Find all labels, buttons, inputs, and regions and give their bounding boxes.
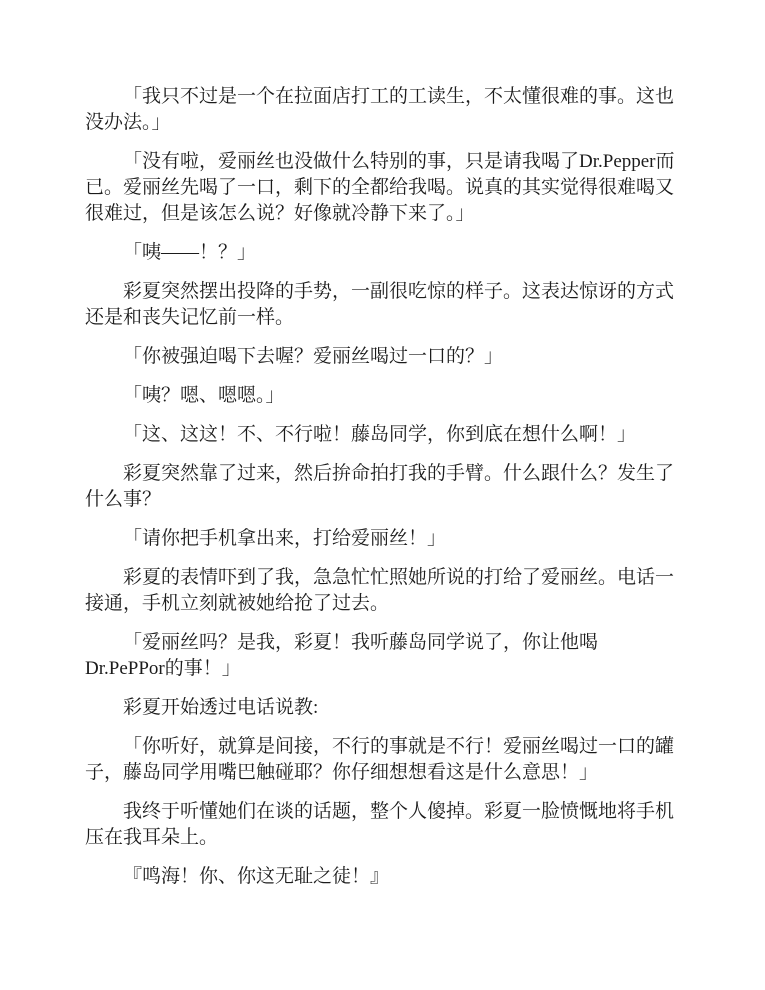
paragraph: 彩夏的表情吓到了我，急急忙忙照她所说的打给了爱丽丝。电话一接通，手机立刻就被她给…: [85, 565, 676, 617]
paragraph: 「咦——！？」: [85, 240, 676, 266]
paragraph: 「你被强迫喝下去喔？爱丽丝喝过一口的？」: [85, 344, 676, 370]
paragraph: 「这、这这！不、不行啦！藤岛同学，你到底在想什么啊！」: [85, 422, 676, 448]
paragraph: 「请你把手机拿出来，打给爱丽丝！」: [85, 526, 676, 552]
paragraph: 「我只不过是一个在拉面店打工的工读生，不太懂很难的事。这也没办法。」: [85, 84, 676, 136]
paragraph: 彩夏突然靠了过来，然后拚命拍打我的手臂。什么跟什么？发生了什么事？: [85, 461, 676, 513]
page-body: 「我只不过是一个在拉面店打工的工读生，不太懂很难的事。这也没办法。」「没有啦，爱…: [85, 84, 676, 890]
paragraph: 彩夏开始透过电话说教:: [85, 695, 676, 721]
paragraph: 「没有啦，爱丽丝也没做什么特别的事，只是请我喝了Dr.Pepper而已。爱丽丝先…: [85, 149, 676, 227]
paragraph: 「你听好，就算是间接，不行的事就是不行！爱丽丝喝过一口的罐子，藤岛同学用嘴巴触碰…: [85, 734, 676, 786]
paragraph: 彩夏突然摆出投降的手势，一副很吃惊的样子。这表达惊讶的方式还是和丧失记忆前一样。: [85, 279, 676, 331]
paragraph: 我终于听懂她们在谈的话题，整个人傻掉。彩夏一脸愤慨地将手机压在我耳朵上。: [85, 799, 676, 851]
paragraph: 『鸣海！你、你这无耻之徒！』: [85, 864, 676, 890]
paragraph: 「咦？嗯、嗯嗯。」: [85, 383, 676, 409]
book-page: 「我只不过是一个在拉面店打工的工读生，不太懂很难的事。这也没办法。」「没有啦，爱…: [0, 0, 765, 890]
paragraph: 「爱丽丝吗？是我，彩夏！我听藤岛同学说了，你让他喝Dr.PePPor的事！」: [85, 630, 676, 682]
